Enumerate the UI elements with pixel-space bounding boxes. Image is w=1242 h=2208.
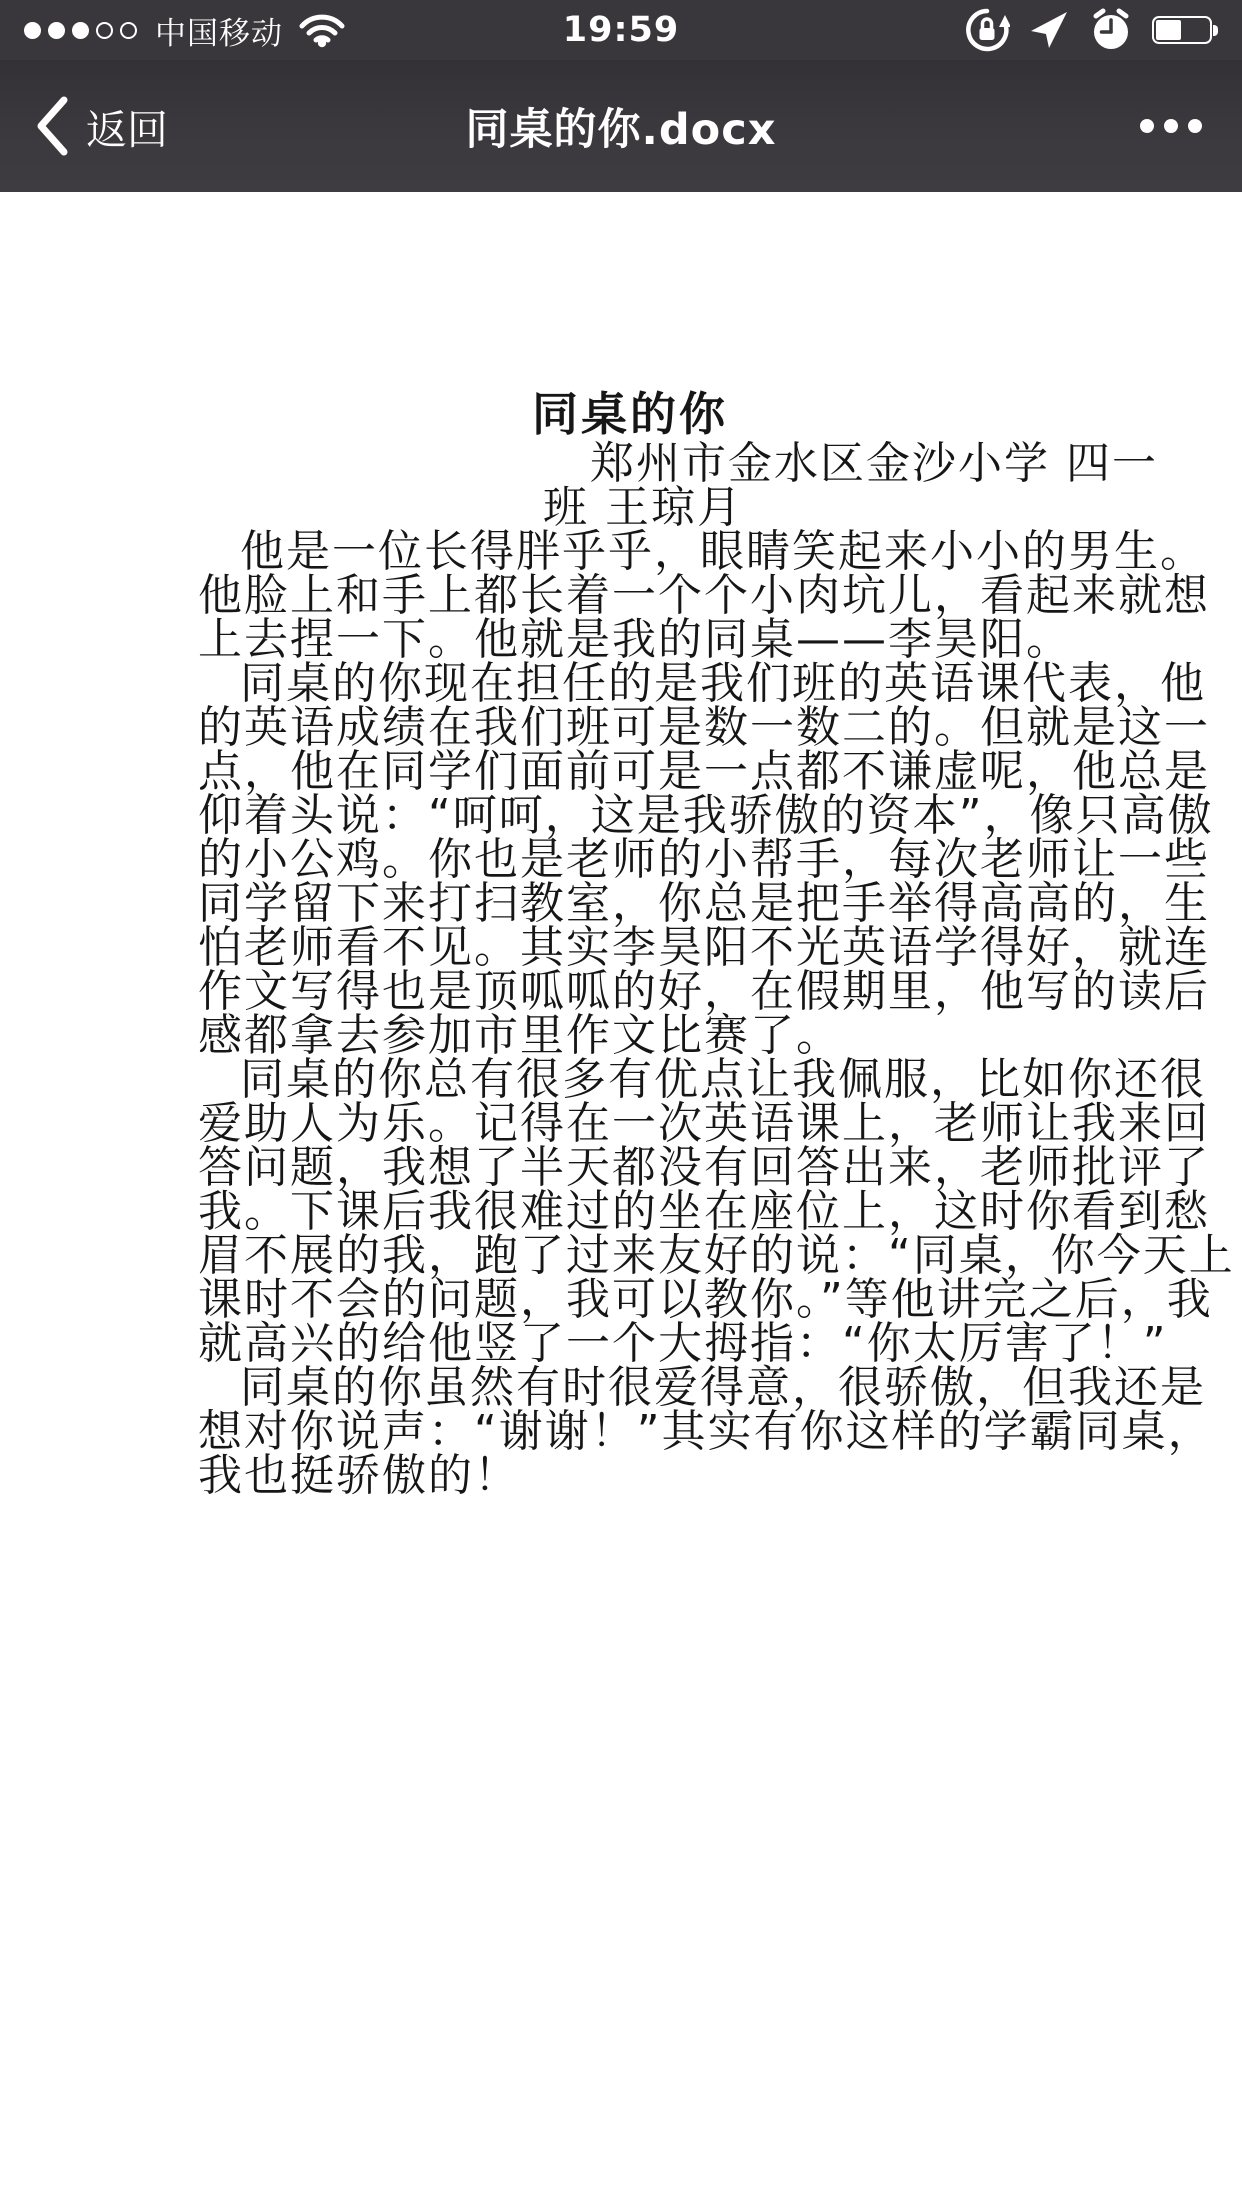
back-button-label: 返回 [86, 97, 168, 156]
essay-text-line: 点，他在同学们面前可是一点都不谦虚呢，他总是 [198, 750, 1222, 794]
back-button[interactable]: 返回 [34, 94, 168, 158]
essay-text-line: 课时不会的问题，我可以教你。”等他讲完之后，我 [198, 1278, 1222, 1322]
essay-text-line: 上去捏一下。他就是我的同桌——李昊阳。 [198, 618, 1222, 662]
essay-text-line: 怕老师看不见。其实李昊阳不光英语学得好，就连 [198, 926, 1222, 970]
more-options-button[interactable] [1134, 99, 1208, 153]
battery-fill [1156, 20, 1181, 40]
essay-text-line: 感都拿去参加市里作文比赛了。 [198, 1014, 1222, 1058]
ellipsis-icon [1140, 119, 1154, 133]
essay-text-line: 我。下课后我很难过的坐在座位上，这时你看到愁 [198, 1190, 1222, 1234]
status-bar-right [964, 7, 1218, 53]
alarm-clock-icon [1088, 7, 1134, 53]
carrier-label: 中国移动 [155, 8, 283, 53]
status-bar: 中国移动 19:59 [0, 0, 1242, 60]
ellipsis-icon [1164, 119, 1178, 133]
status-bar-left: 中国移动 [24, 8, 345, 53]
essay-title: 同桌的你 [532, 386, 1222, 442]
essay-text-line: 他是一位长得胖乎乎，眼睛笑起来小小的男生。 [198, 530, 1222, 574]
document-viewer[interactable]: 同桌的你郑州市金水区金沙小学 四一班 王琼月他是一位长得胖乎乎，眼睛笑起来小小的… [0, 192, 1242, 2208]
orientation-lock-icon [964, 7, 1010, 53]
essay-text-line: 同桌的你虽然有时很爱得意，很骄傲，但我还是 [198, 1366, 1222, 1410]
back-chevron-icon [34, 94, 70, 158]
essay-text-line: 他脸上和手上都长着一个个小肉坑儿，看起来就想 [198, 574, 1222, 618]
essay-text-line: 答问题，我想了半天都没有回答出来，老师批评了 [198, 1146, 1222, 1190]
essay-text-line: 爱助人为乐。记得在一次英语课上，老师让我来回 [198, 1102, 1222, 1146]
essay-text-line: 仰着头说：“呵呵，这是我骄傲的资本”，像只高傲 [198, 794, 1222, 838]
essay-text-line: 想对你说声：“谢谢！”其实有你这样的学霸同桌， [198, 1410, 1222, 1454]
signal-dot-filled [72, 22, 89, 39]
phone-screen: 中国移动 19:59 [0, 0, 1242, 2208]
ellipsis-icon [1188, 119, 1202, 133]
nav-bar: 返回 同桌的你.docx [0, 60, 1242, 192]
cellular-signal-icon [24, 22, 137, 39]
signal-dot-filled [24, 22, 41, 39]
signal-dot-empty [96, 22, 113, 39]
document-content: 同桌的你郑州市金水区金沙小学 四一班 王琼月他是一位长得胖乎乎，眼睛笑起来小小的… [198, 386, 1222, 1498]
battery-tip [1213, 25, 1218, 36]
signal-dot-empty [120, 22, 137, 39]
location-arrow-icon [1028, 9, 1070, 51]
essay-text-line: 我也挺骄傲的！ [198, 1454, 1222, 1498]
essay-byline-line: 班 王琼月 [543, 486, 1222, 530]
wifi-icon [299, 12, 345, 48]
essay-text-line: 同桌的你总有很多有优点让我佩服，比如你还很 [198, 1058, 1222, 1102]
essay-text-line: 眉不展的我，跑了过来友好的说：“同桌，你今天上 [198, 1234, 1222, 1278]
essay-text-line: 同学留下来打扫教室，你总是把手举得高高的，生 [198, 882, 1222, 926]
signal-dot-filled [48, 22, 65, 39]
essay-text-line: 作文写得也是顶呱呱的好，在假期里，他写的读后 [198, 970, 1222, 1014]
essay-text-line: 就高兴的给他竖了一个大拇指：“你太厉害了！” [198, 1322, 1222, 1366]
document-title: 同桌的你.docx [0, 60, 1242, 192]
essay-byline-line: 郑州市金水区金沙小学 四一 [590, 442, 1222, 486]
essay-text-line: 同桌的你现在担任的是我们班的英语课代表，他 [198, 662, 1222, 706]
essay-text-line: 的英语成绩在我们班可是数一数二的。但就是这一 [198, 706, 1222, 750]
essay-text-line: 的小公鸡。你也是老师的小帮手，每次老师让一些 [198, 838, 1222, 882]
battery-icon [1152, 16, 1212, 44]
